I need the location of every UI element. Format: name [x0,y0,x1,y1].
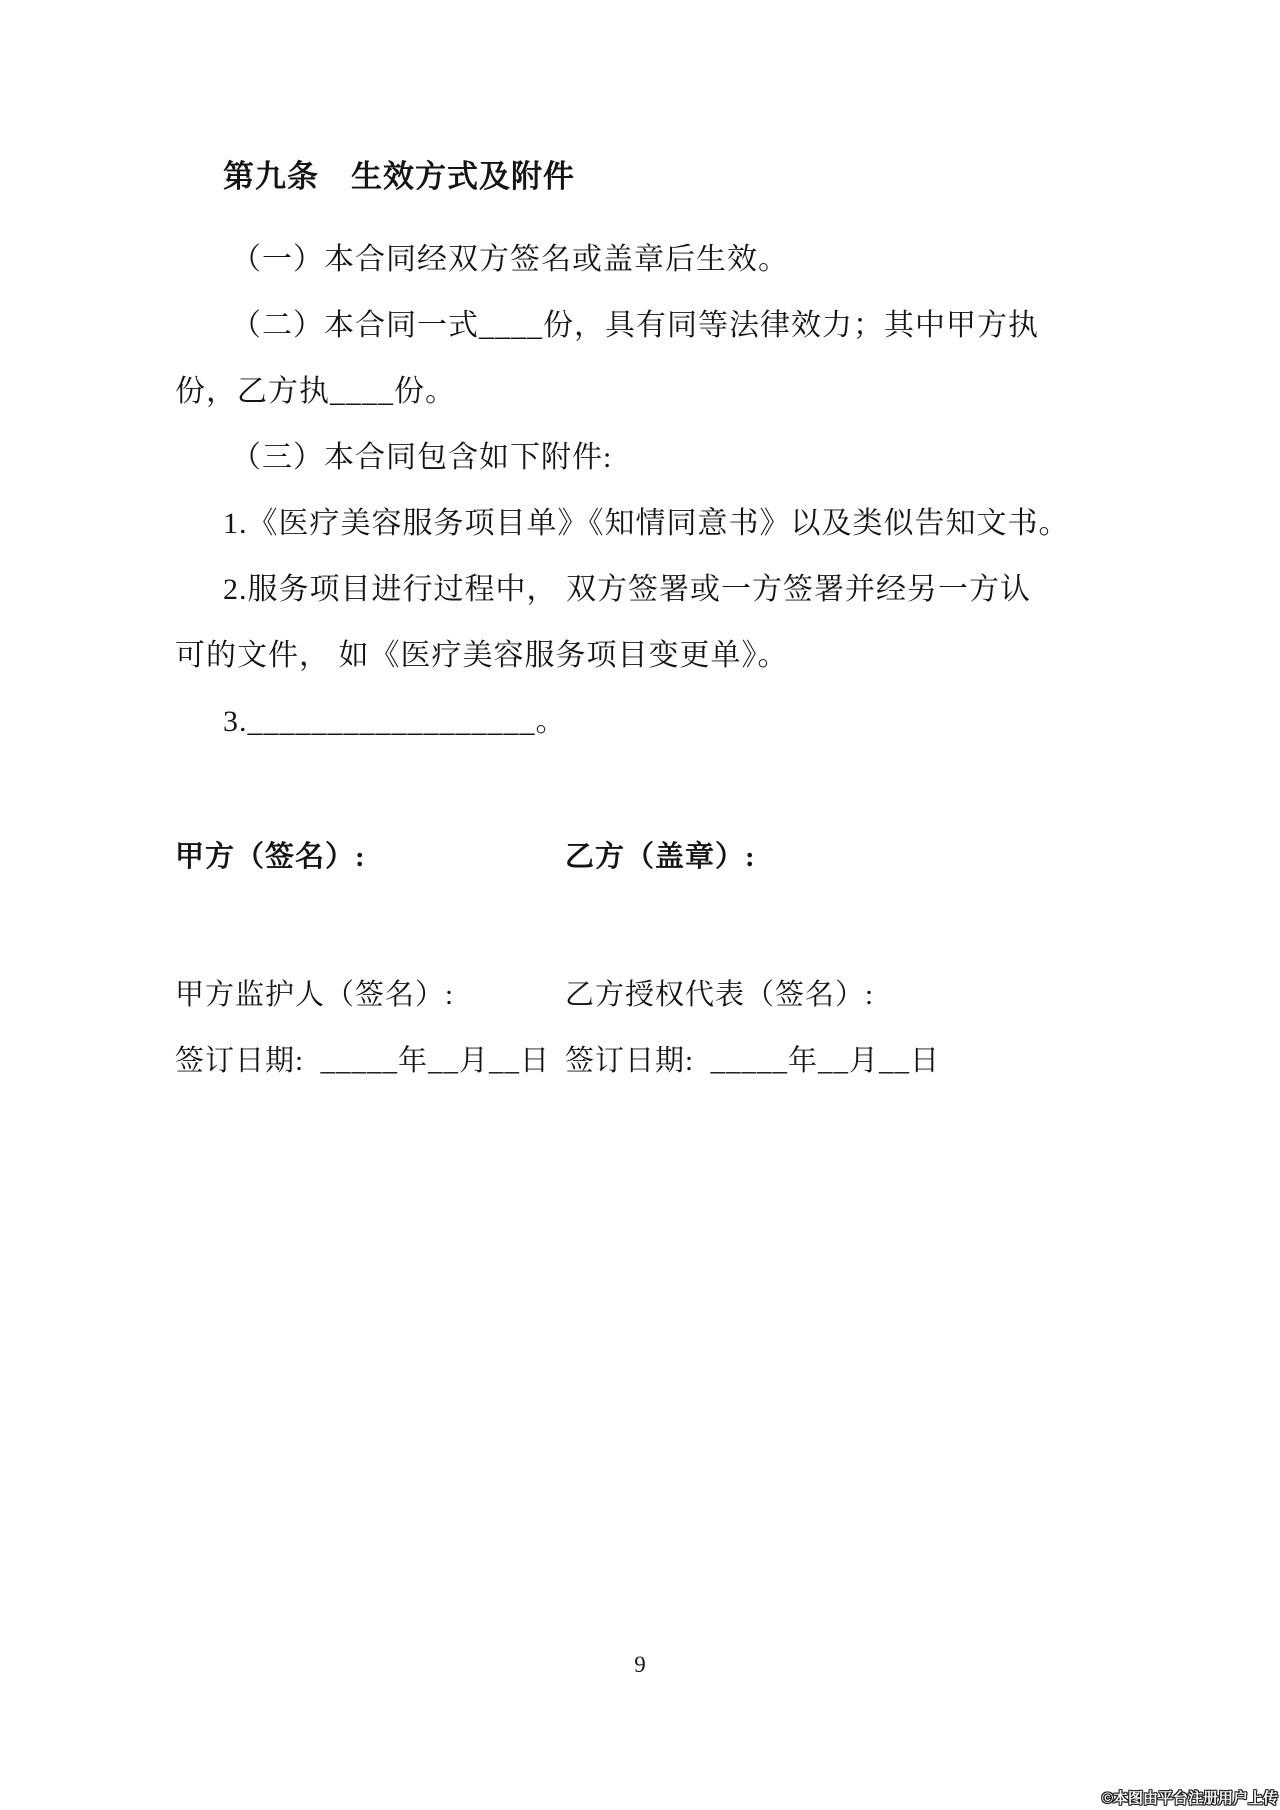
clause-two-continuation-line: 份，乙方执____份。 [175,359,1130,425]
party-b-seal-label: 乙方（盖章）: [565,824,1130,890]
signature-guardian-row: 甲方监护人（签名）: 乙方授权代表（签名）: [175,962,1130,1028]
attachment-item-3-blank-line: 3.__________________。 [175,689,1130,755]
attachment-item-1-line: 1.《医疗美容服务项目单》《知情同意书》以及类似告知文书。 [175,491,1130,557]
contract-body: 第九条 生效方式及附件 （一）本合同经双方签名或盖章后生效。 （二）本合同一式_… [175,155,1130,1094]
signature-header-row: 甲方（签名）: 乙方（盖章）: [175,824,1130,890]
clause-two-line: （二）本合同一式____份，具有同等法律效力；其中甲方执 [175,293,1130,359]
article-nine-heading: 第九条 生效方式及附件 [223,155,1130,199]
clause-one-line: （一）本合同经双方签名或盖章后生效。 [175,227,1130,293]
attachment-item-2-line: 2.服务项目进行过程中， 双方签署或一方签署并经另一方认 [175,557,1130,623]
party-a-guardian-signature-label: 甲方监护人（签名）: [175,962,565,1028]
clause-three-line: （三）本合同包含如下附件: [175,425,1130,491]
party-a-signature-label: 甲方（签名）: [175,824,565,890]
party-b-signing-date-label: 签订日期: _____年__月__日 [565,1028,1130,1094]
signature-section: 甲方（签名）: 乙方（盖章）: 甲方监护人（签名）: 乙方授权代表（签名）: 签… [175,824,1130,1094]
contract-page: 第九条 生效方式及附件 （一）本合同经双方签名或盖章后生效。 （二）本合同一式_… [0,0,1280,1810]
party-b-authorized-representative-label: 乙方授权代表（签名）: [565,962,1130,1028]
attachment-item-2-continuation-line: 可的文件， 如《医疗美容服务项目变更单》。 [175,623,1130,689]
page-number: 9 [0,1648,1280,1682]
signature-date-row: 签订日期: _____年__月__日 签订日期: _____年__月__日 [175,1028,1130,1094]
party-a-signing-date-label: 签订日期: _____年__月__日 [175,1028,565,1094]
platform-upload-watermark: ©本图由平台注册用户上传 [1102,1790,1278,1808]
